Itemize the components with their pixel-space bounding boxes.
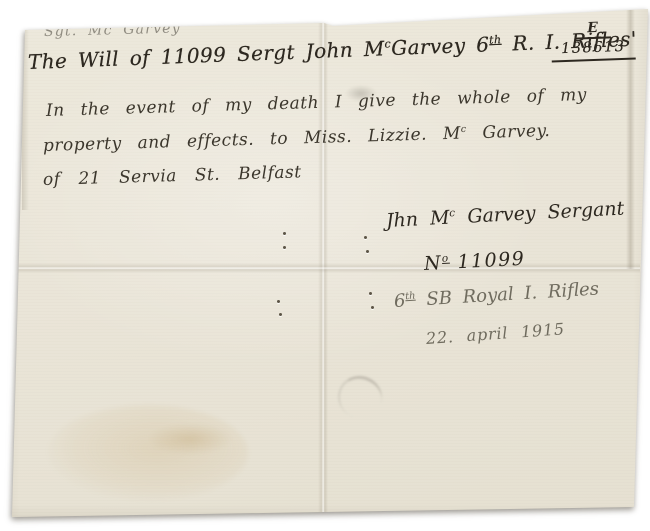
signature-name: Jhn Mc Garvey Sergant: [385, 198, 624, 232]
signature-unit: 6th SB Royal I. Rifles: [393, 278, 599, 311]
signature-text: 11099: [449, 248, 526, 274]
smudge-mark: [333, 370, 388, 424]
signature-text: N: [423, 252, 442, 275]
will-body-text: property and effects. to Miss. Lizzie. M: [43, 124, 461, 156]
pinhole: [364, 236, 367, 239]
superscript-th: th: [489, 33, 502, 46]
will-title-text: The Will of 11099 Sergt John M: [28, 36, 386, 74]
signature-text: SB Royal I. Rifles: [415, 278, 599, 310]
pinhole: [366, 250, 369, 253]
signature-service-number: No 11099: [423, 248, 525, 275]
will-document-paper: Sgt. Mc Garvey E 138613 The Will of 1109…: [0, 0, 650, 531]
signature-text: Garvey Sergant: [455, 198, 625, 229]
paper-shadow: Sgt. Mc Garvey E 138613 The Will of 1109…: [0, 0, 650, 531]
will-body-text: Garvey.: [466, 121, 550, 143]
pinhole: [283, 246, 286, 249]
pinhole: [283, 232, 286, 235]
pinhole: [277, 300, 280, 303]
pencil-annotation: Sgt. Mc Garvey: [44, 20, 181, 40]
pinhole: [371, 306, 374, 309]
stain-mark-dark: [148, 423, 233, 455]
signature-date: 22. april 1915: [425, 319, 565, 348]
will-title-text: Garvey 6: [391, 32, 490, 60]
signature-text: Jhn M: [385, 207, 450, 232]
document-scan: Sgt. Mc Garvey E 138613 The Will of 1109…: [0, 0, 650, 531]
pinhole: [369, 292, 372, 295]
will-body-line-3: of 21 Servia St. Belfast: [43, 162, 302, 190]
stain-mark: [48, 405, 248, 500]
horizontal-fold-crease: [12, 263, 640, 273]
superscript-th: th: [405, 291, 416, 303]
pinhole: [279, 313, 282, 316]
will-body-line-1: In the event of my death I give the whol…: [46, 85, 587, 121]
will-body-line-2: property and effects. to Miss. Lizzie. M…: [43, 121, 551, 156]
